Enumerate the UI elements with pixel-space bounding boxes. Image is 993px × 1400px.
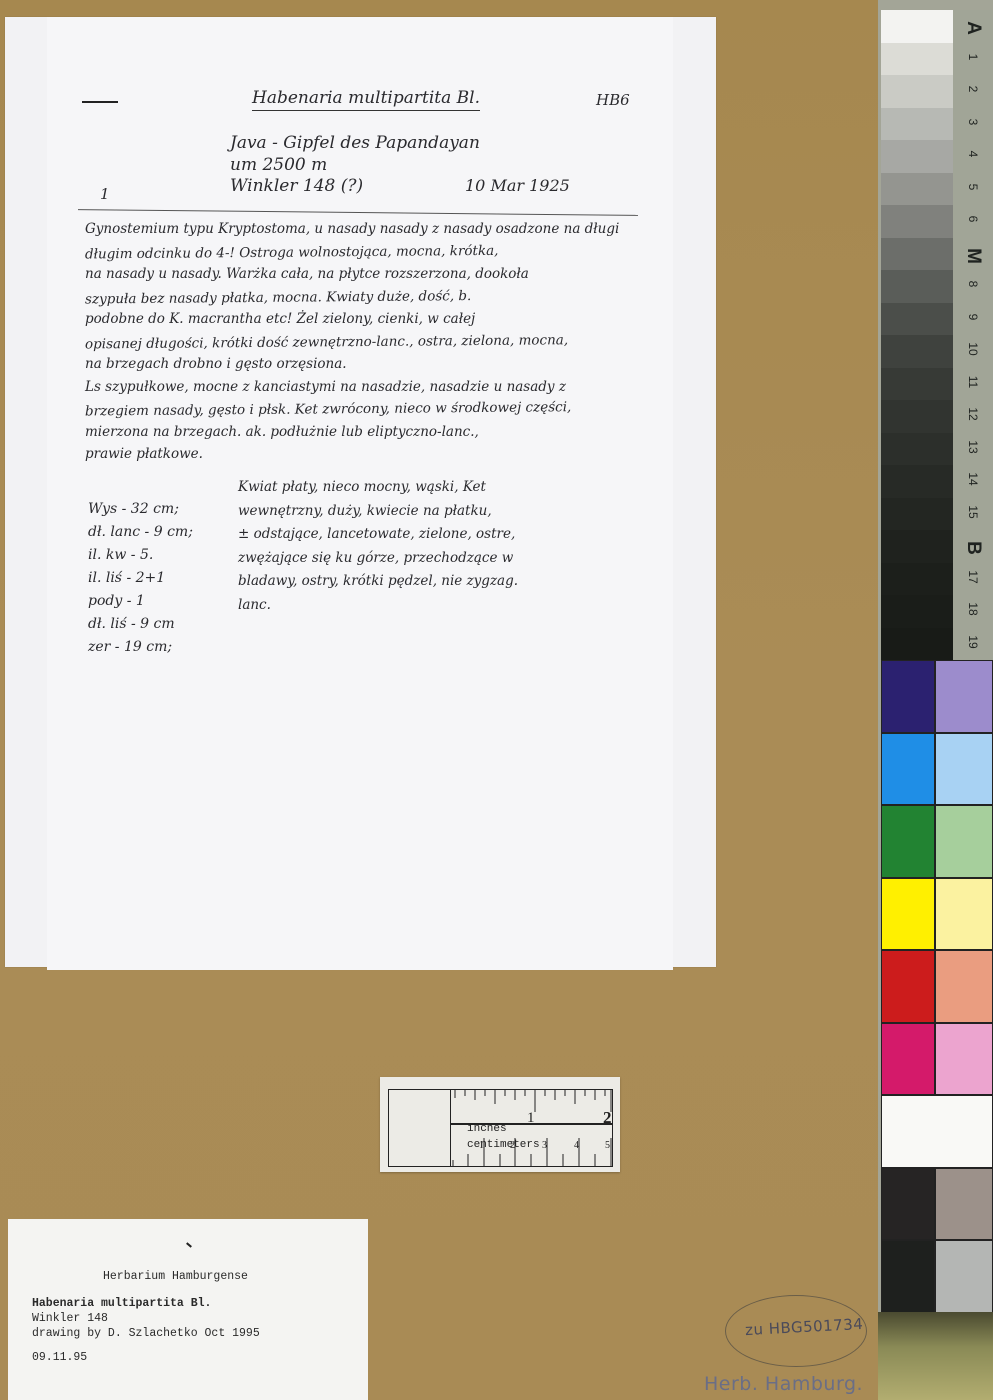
scale-mark: 17 xyxy=(966,565,980,589)
scale-mark: 19 xyxy=(966,630,980,654)
measurement-item: il. kw - 5. xyxy=(88,544,193,567)
flower-note-line: lanc. xyxy=(238,594,658,618)
gray-patch xyxy=(881,140,953,173)
color-swatch xyxy=(935,950,993,1023)
scale-mark: 9 xyxy=(966,305,980,329)
scale-mark: 10 xyxy=(966,337,980,361)
color-calibration-target: A123456M89101112131415B171819 xyxy=(878,0,993,1400)
measurement-item: pody - 1 xyxy=(88,590,193,613)
color-swatch xyxy=(935,660,993,733)
gray-patch xyxy=(881,498,953,531)
scale-mark: 6 xyxy=(966,207,980,231)
margin-dash xyxy=(82,101,118,103)
note-line: mierzona na brzegach. ak. podłużnie lub … xyxy=(85,421,645,444)
inches-label: inches xyxy=(467,1123,507,1135)
measurement-item: il. liś - 2+1 xyxy=(88,567,193,590)
measurement-item: Wys - 32 cm; xyxy=(88,498,193,521)
altitude: um 2500 m xyxy=(230,155,327,175)
gray-patch xyxy=(881,75,953,108)
gray-patch xyxy=(881,368,953,401)
scale-mark: 1 xyxy=(966,45,980,69)
gray-patch xyxy=(881,303,953,336)
gray-patch xyxy=(881,563,953,596)
inch-mark-2: 2 xyxy=(603,1108,612,1128)
scale-mark: 13 xyxy=(966,435,980,459)
scale-mark: 11 xyxy=(966,370,980,394)
color-swatch xyxy=(881,1168,935,1241)
color-swatch xyxy=(935,733,993,806)
note-line: Ls szypułkowe, mocne z kanciastymi na na… xyxy=(85,376,645,399)
measurements-list: Wys - 32 cm; dł. lanc - 9 cm; il. kw - 5… xyxy=(88,498,193,659)
note-line: Gynostemium typu Kryptostoma, u nasady n… xyxy=(85,218,645,241)
color-swatch xyxy=(935,1023,993,1096)
flower-note-line: ± odstające, lancetowate, zielone, ostre… xyxy=(238,523,658,547)
cm-mark-4: 4 xyxy=(574,1140,579,1151)
measurement-item: zer - 19 cm; xyxy=(88,636,193,659)
color-swatch xyxy=(881,805,935,878)
flower-note-line: bladawy, ostry, krótki pędzel, nie zygza… xyxy=(238,570,658,594)
note-line: opisanej długości, krótki dość zewnętrzn… xyxy=(85,328,645,355)
note-line: na nasady u nasady. Warżka cała, na płyt… xyxy=(85,263,645,286)
label-date: 09.11.95 xyxy=(32,1351,87,1364)
target-frame-edge xyxy=(878,1312,993,1400)
color-swatch xyxy=(881,660,935,733)
scale-ruler: inches centimeters 1 2 1 2 3 4 5 xyxy=(380,1077,620,1172)
scale-mark: 18 xyxy=(966,597,980,621)
cm-mark-1: 1 xyxy=(479,1140,484,1151)
ruler-blank-box xyxy=(389,1090,451,1166)
flower-note-line: Kwiat płaty, nieco mocny, wąski, Ket xyxy=(238,476,658,500)
locality: Java - Gipfel des Papandayan xyxy=(230,133,480,153)
sheet-code: HB6 xyxy=(596,91,630,109)
gray-patch xyxy=(881,238,953,271)
gray-patch xyxy=(881,433,953,466)
white-swatch xyxy=(881,1095,993,1168)
scale-mark: 2 xyxy=(966,77,980,101)
color-swatch xyxy=(935,878,993,951)
label-species: Habenaria multipartita Bl. xyxy=(32,1297,211,1310)
gray-patch xyxy=(881,465,953,498)
herbarium-label: Herbarium Hamburgense Habenaria multipar… xyxy=(8,1219,368,1400)
collector: Winkler 148 (?) xyxy=(230,176,363,196)
color-swatch xyxy=(935,1168,993,1241)
scale-mark: 15 xyxy=(966,500,980,524)
color-swatch xyxy=(881,733,935,806)
color-swatch xyxy=(935,805,993,878)
scale-mark: M xyxy=(962,244,984,268)
scale-mark: 12 xyxy=(966,402,980,426)
gray-scale-strip xyxy=(881,10,953,660)
flower-note-line: wewnętrzny, duży, kwiecie na płatku, xyxy=(238,500,658,524)
cm-mark-5: 5 xyxy=(605,1140,610,1151)
herbarium-stamp: Herb. Hamburg. xyxy=(704,1373,863,1395)
sheet-number: 1 xyxy=(100,185,110,203)
color-swatch xyxy=(881,1240,935,1313)
gray-patch xyxy=(881,530,953,563)
gray-scale-labels: A123456M89101112131415B171819 xyxy=(953,10,993,660)
gray-patch xyxy=(881,335,953,368)
pen-mark xyxy=(186,1242,192,1247)
note-line: na brzegach drobno i gęsto orzęsiona. xyxy=(85,353,645,376)
gray-patch xyxy=(881,270,953,303)
label-drawing-credit: drawing by D. Szlachetko Oct 1995 xyxy=(32,1327,260,1340)
measurement-item: dł. liś - 9 cm xyxy=(88,613,193,636)
ruler-frame: inches centimeters 1 2 1 2 3 4 5 xyxy=(388,1089,613,1167)
color-swatch xyxy=(881,1023,935,1096)
gray-patch xyxy=(881,108,953,141)
herbarium-board: Habenaria multipartita Bl. HB6 Java - Gi… xyxy=(0,0,878,1400)
centimeters-label: centimeters xyxy=(467,1139,540,1151)
gray-patch xyxy=(881,595,953,628)
collection-date: 10 Mar 1925 xyxy=(465,176,570,195)
gray-patch xyxy=(881,10,953,43)
institution-name: Herbarium Hamburgense xyxy=(103,1270,248,1283)
flower-note-line: zwężające się ku górze, przechodzące w xyxy=(238,547,658,571)
scale-mark: 5 xyxy=(966,175,980,199)
note-line: długim odcinku do 4-! Ostroga wolnostoją… xyxy=(85,238,645,265)
gray-patch xyxy=(881,628,953,661)
inch-mark-1: 1 xyxy=(527,1110,535,1127)
note-line: szypuła bez nasady płatka, mocna. Kwiaty… xyxy=(85,283,645,310)
gray-patch xyxy=(881,400,953,433)
measurement-item: dł. lanc - 9 cm; xyxy=(88,521,193,544)
scale-mark: B xyxy=(962,536,984,560)
cm-mark-3: 3 xyxy=(542,1140,547,1151)
note-line: brzegiem nasady, gęsto i płsk. Ket zwróc… xyxy=(85,396,645,423)
color-swatch xyxy=(881,950,935,1023)
scale-mark: 3 xyxy=(966,110,980,134)
gray-patch xyxy=(881,205,953,238)
note-line: prawie płatkowe. xyxy=(85,443,645,466)
gray-patch xyxy=(881,173,953,206)
scale-mark: 8 xyxy=(966,272,980,296)
specimen-title: Habenaria multipartita Bl. xyxy=(252,88,480,111)
description-notes: Gynostemium typu Kryptostoma, u nasady n… xyxy=(85,218,645,466)
note-line: podobne do K. macrantha etc! Żel zielony… xyxy=(85,308,645,331)
gray-patch xyxy=(881,43,953,76)
cm-mark-2: 2 xyxy=(510,1140,515,1151)
color-swatch xyxy=(935,1240,993,1313)
scale-mark: A xyxy=(962,16,984,40)
scale-mark: 4 xyxy=(966,142,980,166)
color-swatch xyxy=(881,878,935,951)
scale-mark: 14 xyxy=(966,467,980,491)
flower-notes: Kwiat płaty, nieco mocny, wąski, Ket wew… xyxy=(238,476,658,617)
label-collector: Winkler 148 xyxy=(32,1312,108,1325)
